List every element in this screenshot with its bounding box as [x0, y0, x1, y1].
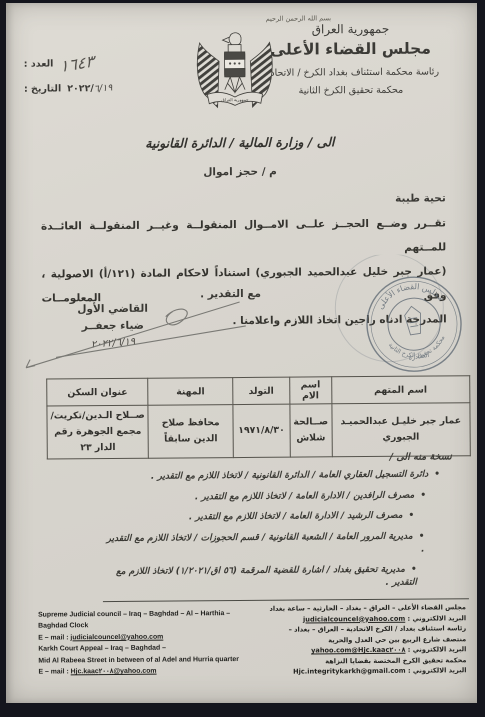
- stamp-ring-bottom-text: محكمة تحقيق الكرخ الثانية: [386, 334, 449, 364]
- copy-recipient-item: مديرية تحقيق بغداد / اشارة للقضية المرقم…: [103, 563, 441, 592]
- copy-recipient-item: مصرف الرشيد / الادارة العامة / لاتخاذ ال…: [102, 509, 440, 525]
- judge-title: القاضي الأول: [54, 301, 172, 319]
- subject-line: م / حجز اموال: [105, 165, 376, 179]
- footer-en-email-line: E – mail : Hjc.kaac٢٠٠٨@yahoo.com: [38, 665, 258, 678]
- table-data-cell: ١٩٧١/٨/٣٠: [233, 404, 290, 457]
- ref-block: العدد : ١٦٤٣ التاريخ : ٢٠٢٢/٦/١٩: [24, 54, 164, 105]
- copies-list: دائرة التسجيل العقاري العامة / الدائرة ا…: [102, 468, 441, 599]
- footer-arabic: مجلس القضاء الأعلى – العراق – بغداد – ال…: [228, 602, 467, 678]
- email-text: Hjc.kaac٢٠٠٨@yahoo.com: [311, 646, 405, 655]
- table-data-cell: صــلاح الـدين/تكريت/مجمع الجوهرة رقم الد…: [47, 405, 149, 459]
- table-header-cell: المهنة: [148, 378, 233, 406]
- email-text: Hjc.integritykarkh@gmail.com: [293, 667, 406, 676]
- footer-english: Supreme Judicial council – Iraq – Baghda…: [38, 608, 259, 678]
- footer-ar-email-line: البريد الالكتروني : Hjc.integritykarkh@g…: [228, 666, 466, 678]
- email-text: judicialcouncel@yahoo.com: [303, 614, 405, 623]
- eagle-shape: [197, 33, 273, 108]
- accused-table: اسم المتهم اسم الام التولد المهنة عنوان …: [46, 375, 471, 459]
- table-header-row: اسم المتهم اسم الام التولد المهنة عنوان …: [47, 376, 470, 406]
- closing-line: مع التقدير .: [145, 287, 315, 300]
- table-header-cell: عنوان السكن: [47, 378, 149, 406]
- copies-heading: نسخة منه الى /: [390, 451, 452, 462]
- scanned-letter-page: بسم الله الرحمن الرحيم جمهورية العراق مج…: [6, 3, 477, 703]
- email-text: Hjc.kaac٢٠٠٨@yahoo.com: [71, 668, 157, 676]
- footer-en-line: Mid Al Rabeea Street in between of al Ad…: [38, 653, 258, 666]
- table-data-cell: صــالحة شلاش: [290, 404, 332, 457]
- date-label: التاريخ :: [24, 83, 61, 94]
- emblem-banner-text: جمهورية العراق: [221, 97, 249, 102]
- table-row: عمار جبر خليـل عبدالحميـد الجبوري صــالح…: [47, 403, 470, 459]
- signature-date: ٢٠٢٢/٦/١٩: [90, 333, 136, 353]
- table-data-cell: محافظ صلاح الدين سابقاً: [148, 405, 233, 459]
- ref-number-label: العدد :: [24, 58, 54, 69]
- greeting-line: تحية طيبة: [395, 192, 446, 204]
- ref-number-value-handwritten: ١٦٤٣: [59, 51, 93, 76]
- stamp-issued-word: الصادرة: [408, 351, 430, 362]
- table-header-cell: اسم المتهم: [331, 376, 470, 404]
- body-line: تقــرر وضــع الحجــز علــى الامــوال الم…: [41, 211, 446, 262]
- iraq-emblem: جمهورية العراق: [187, 28, 282, 121]
- copy-recipient-item: مديرية المرور العامة / الشعبة القانونية …: [102, 530, 440, 559]
- copy-recipient-item: دائرة التسجيل العقاري العامة / الدائرة ا…: [102, 468, 440, 484]
- signature-block: القاضي الأول ضياء جعفــر ٢٠٢٢/٦/١٩: [54, 301, 172, 353]
- svg-text:محكمة تحقيق الكرخ الثانية: محكمة تحقيق الكرخ الثانية: [386, 334, 449, 364]
- copy-recipient-item: مصرف الرافدين / الادارة العامة / لاتخاذ …: [102, 489, 440, 505]
- footer-en-line: Supreme Judicial council – Iraq – Baghda…: [38, 608, 258, 633]
- table-data-cell: عمار جبر خليـل عبدالحميـد الجبوري: [331, 403, 470, 457]
- table-header-cell: اسم الام: [290, 377, 332, 404]
- date-value: ٢٠٢٢/٦/١٩: [67, 83, 112, 94]
- judge-name: ضياء جعفــر: [54, 318, 172, 336]
- email-text: judicialcouncel@yahoo.com: [70, 633, 163, 641]
- recipient-line: الى / وزارة المالية / الدائرة القانونية: [59, 134, 420, 152]
- table-header-cell: التولد: [233, 377, 290, 404]
